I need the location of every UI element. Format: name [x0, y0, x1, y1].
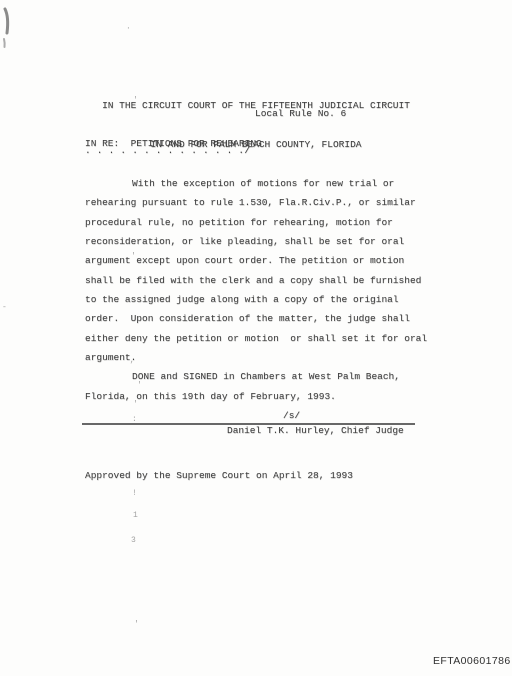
scan-artifact: ' [131, 252, 136, 261]
caption-divider: . . . . . . . . . . . . . ./ [85, 145, 250, 156]
body-line: to the assigned judge along with a copy … [85, 290, 440, 309]
scanned-court-document: IN THE CIRCUIT COURT OF THE FIFTEENTH JU… [0, 0, 512, 676]
body-line: order. Upon consideration of the matter,… [85, 309, 440, 328]
body-line: reconsideration, or like pleading, shall… [85, 232, 440, 251]
signature-s-slash: /s/ [283, 410, 300, 421]
scan-artifact: : [132, 415, 137, 424]
scan-artifact: ´, [125, 356, 135, 365]
scan-artifact: 3 [131, 536, 136, 545]
scan-artifact: - [2, 303, 7, 312]
scan-artifact: ! [132, 489, 137, 498]
court-header: IN THE CIRCUIT COURT OF THE FIFTEENTH JU… [0, 73, 512, 177]
body-line: argument except upon court order. The pe… [85, 251, 440, 270]
body-paragraph: With the exception of motions for new tr… [85, 174, 440, 406]
body-line: procedural rule, no petition for reheari… [85, 213, 440, 232]
body-line: either deny the petition or motion or sh… [85, 329, 440, 348]
body-line: rehearing pursuant to rule 1.530, Fla.R.… [85, 193, 440, 212]
rule-title: Local Rule No. 6 [255, 108, 346, 119]
corner-scan-mark-icon [1, 6, 15, 54]
body-line: argument. [85, 348, 440, 367]
signatory-name: Daniel T.K. Hurley, Chief Judge [227, 425, 404, 436]
scan-artifact: ' [137, 381, 142, 390]
approval-line: Approved by the Supreme Court on April 2… [85, 470, 353, 481]
scan-artifact: · [126, 24, 131, 33]
scan-artifact: ' [133, 400, 138, 409]
bates-number: EFTA00601786 [433, 655, 511, 667]
body-line: With the exception of motions for new tr… [85, 174, 440, 193]
scan-artifact: 1 [133, 511, 138, 520]
scan-artifact: ' [134, 620, 139, 629]
scan-artifact: ' [133, 96, 138, 105]
body-line: shall be filed with the clerk and a copy… [85, 271, 440, 290]
